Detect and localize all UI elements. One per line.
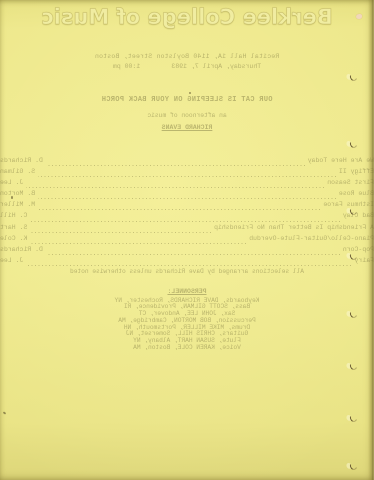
program-composer: K. Cole	[0, 235, 27, 242]
program-title: First Season	[327, 179, 374, 186]
program-title: Piano-Cello/Guitar-Flute-Overdub	[249, 235, 374, 242]
masthead-logo-text: Berklee College of Music	[0, 5, 374, 29]
program-title: A Friendship Is Better Than No Friendshi…	[214, 224, 374, 231]
program-composer: D. Richards	[0, 157, 43, 164]
program-composer: J. Lee	[0, 179, 23, 186]
paper-speck	[11, 196, 13, 199]
dotted-leader	[30, 243, 246, 244]
paper-speck	[189, 92, 191, 94]
dotted-leader	[38, 198, 336, 199]
program-row: Bad ClayC. Hill	[0, 212, 374, 223]
showthrough-text-layer: Berklee College of Music Recital Hall 1A…	[0, 0, 374, 480]
recital-title: OUR CAT IS SLEEPING ON YOUR BACK PORCH	[0, 96, 374, 104]
program-composer: S. Hart	[0, 224, 27, 231]
program-composer: S. Gilman	[0, 168, 35, 175]
dotted-leader	[30, 232, 211, 233]
program-row: Blue RoseB. Morton	[0, 190, 374, 201]
dotted-leader	[46, 165, 305, 166]
personnel-line: Voice, KAREN COLE, Boston, MA	[0, 345, 374, 352]
dotted-leader	[30, 221, 339, 222]
personnel-list: Keyboards, DAVE RICHARDS, Rochester, NYB…	[0, 298, 374, 352]
arrangement-note: All selections arranged by Dave Richards…	[0, 268, 374, 275]
program-row: Isthmus FaroeM. Miller	[0, 201, 374, 212]
program-title: We Are Here Today	[308, 157, 374, 164]
dotted-leader	[26, 265, 351, 266]
personnel-heading: PERSONNEL:	[0, 288, 374, 295]
program-list: We Are Here TodayD. RichardsEffigy IIS. …	[0, 157, 374, 268]
program-composer: J. Lee	[0, 257, 23, 264]
program-row: Effigy IIS. Gilman	[0, 168, 374, 179]
program-composer: D. Richards	[0, 246, 43, 253]
dotted-leader	[38, 209, 320, 210]
page-right-edge-shadow	[368, 0, 374, 480]
recital-subtitle: an afternoon of music	[0, 112, 374, 119]
presenter-name: RICHARD EVANS	[0, 124, 374, 131]
program-row: Pop-CornD. Richards	[0, 246, 374, 257]
scanned-program-page: Berklee College of Music Recital Hall 1A…	[0, 0, 374, 480]
program-row: We Are Here TodayD. Richards	[0, 157, 374, 168]
paper-blemish	[356, 14, 362, 19]
program-composer: M. Miller	[0, 201, 35, 208]
dotted-leader	[46, 254, 340, 255]
program-composer: B. Morton	[0, 190, 35, 197]
program-row: Piano-Cello/Guitar-Flute-OverdubK. Cole	[0, 235, 374, 246]
venue-line: Recital Hall 1A, 1140 Boylston Street, B…	[0, 53, 374, 60]
dotted-leader	[38, 176, 336, 177]
program-row: FairyJ. Lee	[0, 257, 374, 268]
dotted-leader	[26, 187, 324, 188]
program-row: A Friendship Is Better Than No Friendshi…	[0, 224, 374, 235]
program-composer: C. Hill	[0, 212, 27, 219]
program-title: Isthmus Faroe	[323, 201, 374, 208]
date-line: Thursday, April 7, 1983 1:00 pm	[0, 63, 374, 70]
program-row: First SeasonJ. Lee	[0, 179, 374, 190]
